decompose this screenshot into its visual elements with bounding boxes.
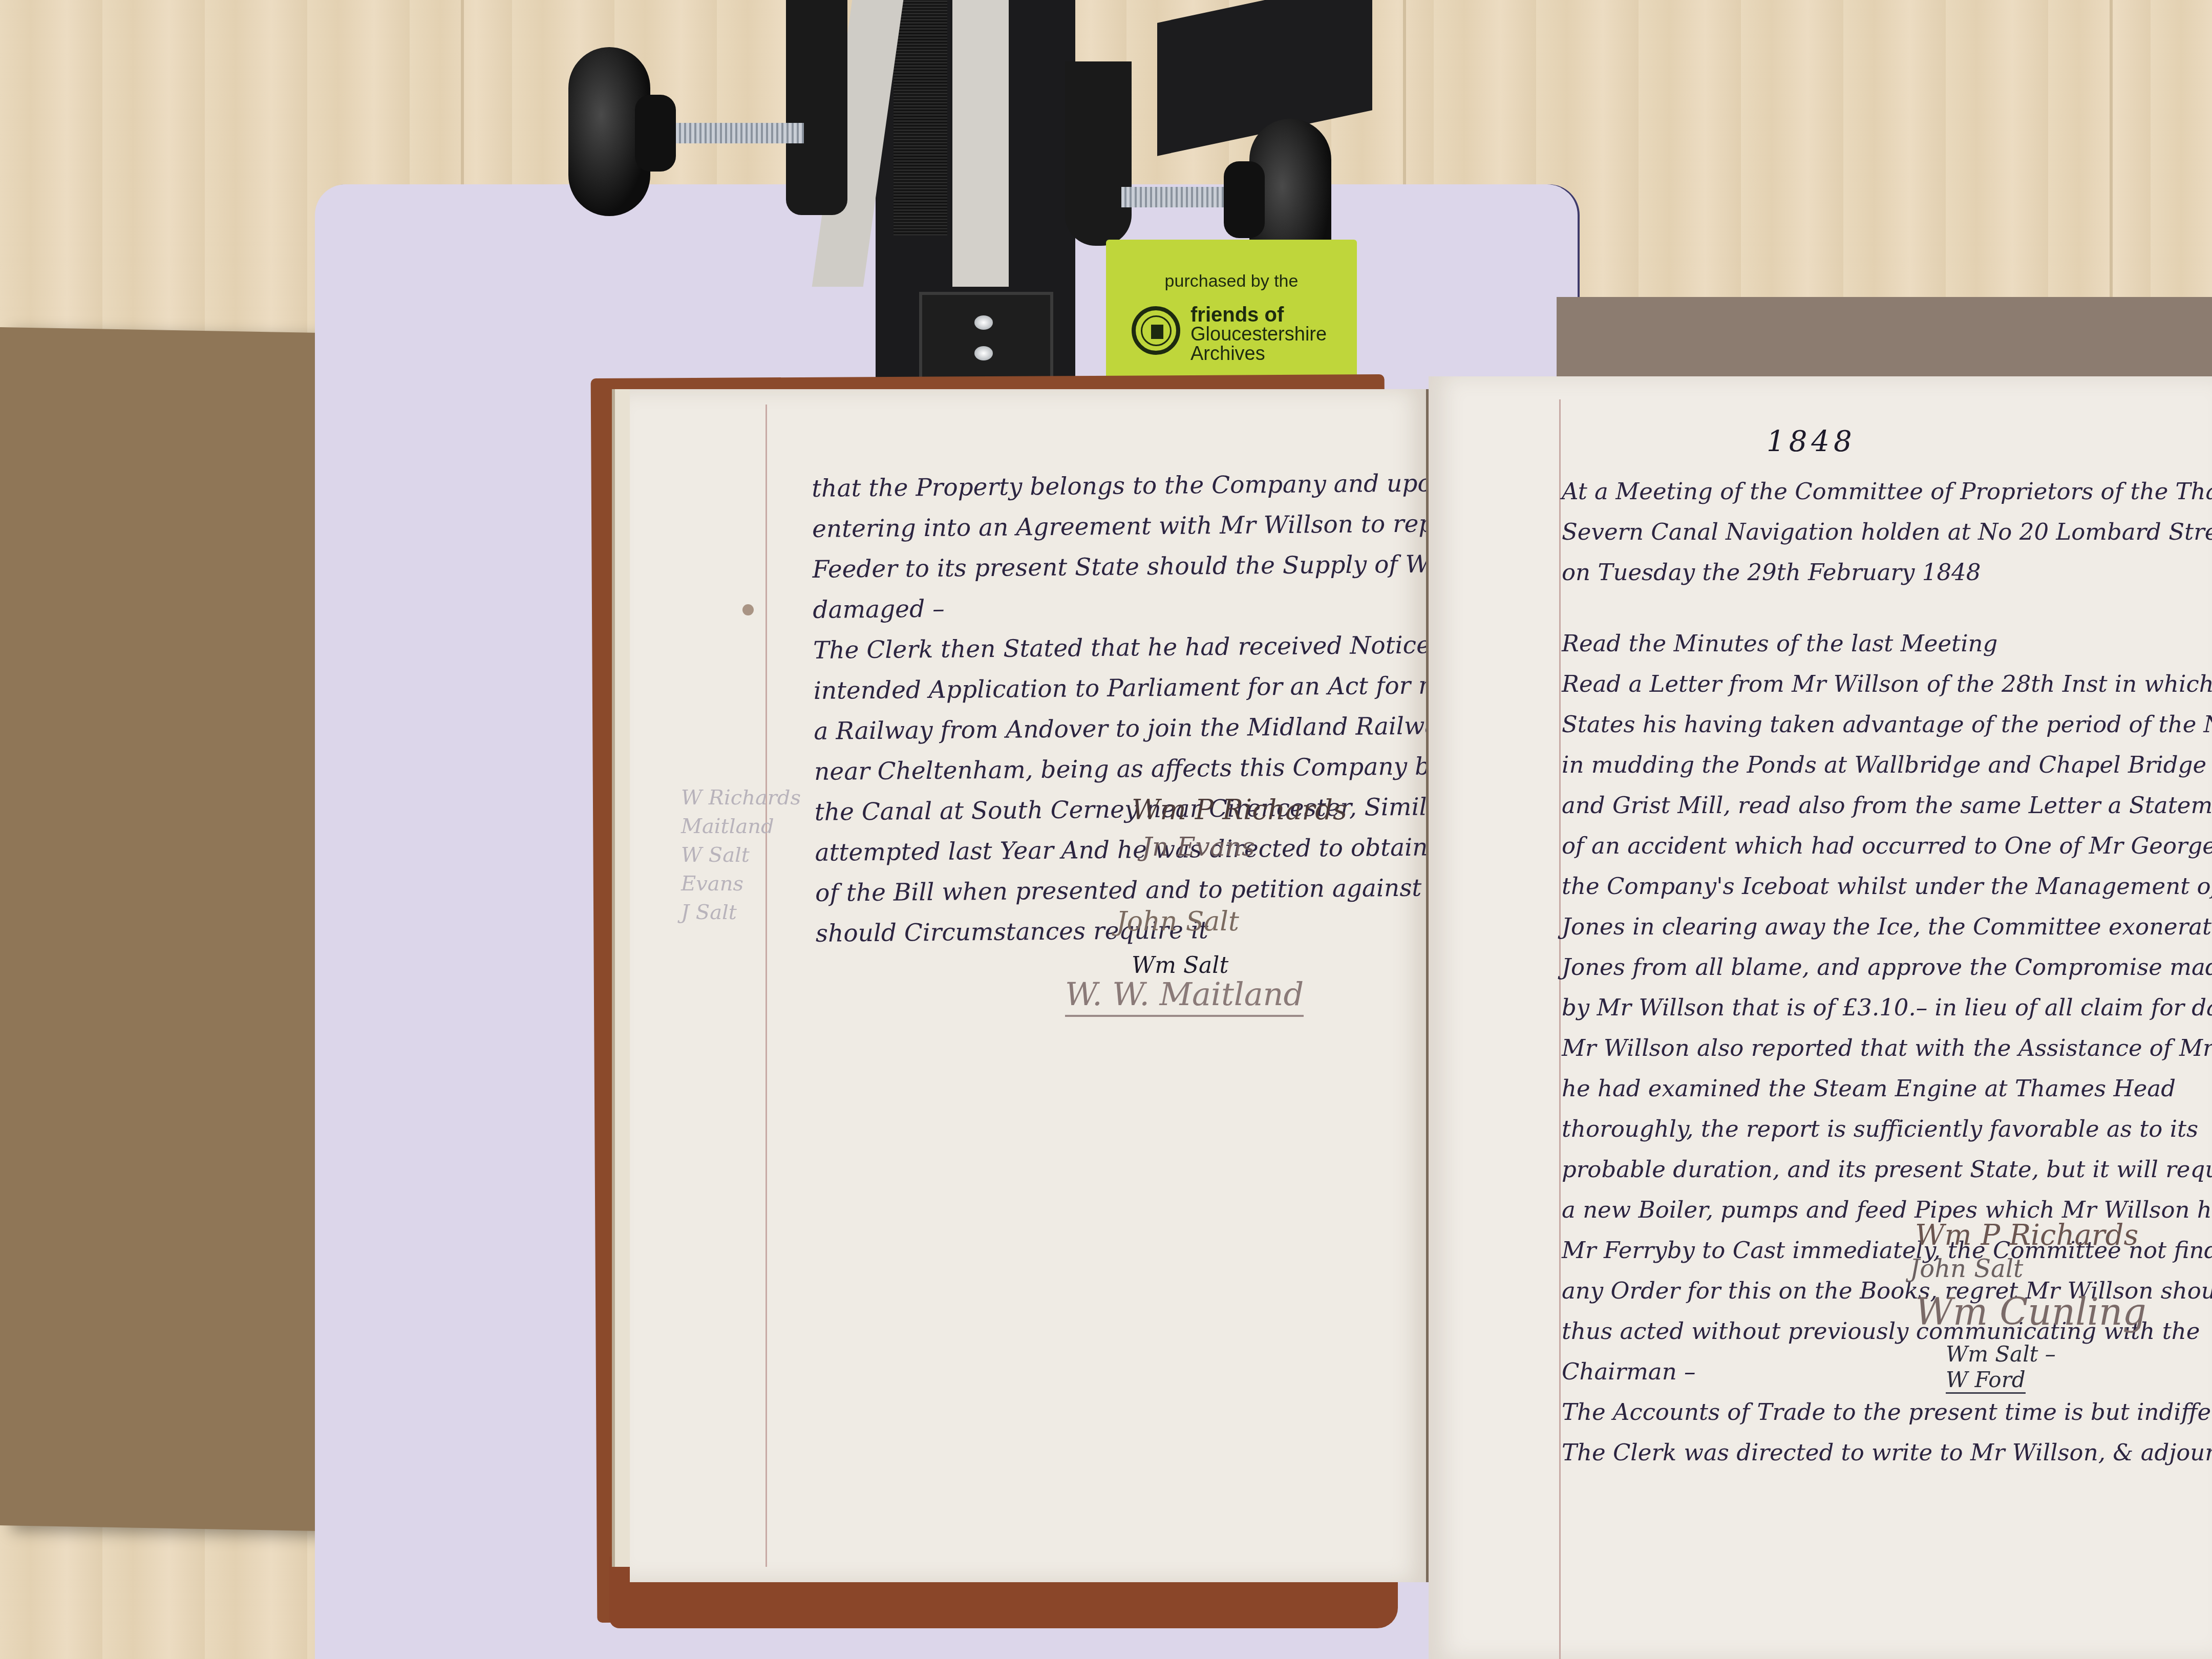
manuscript-line: At a Meeting of the Committee of Proprie… xyxy=(1562,471,2212,512)
manuscript-line: of an accident which had occurred to One… xyxy=(1562,825,2212,866)
castle-seal-icon xyxy=(1132,306,1180,355)
castle-tower-icon xyxy=(1151,325,1163,339)
manuscript-line: thoroughly, the report is sufficiently f… xyxy=(1562,1109,2212,1149)
manuscript-line: he had examined the Steam Engine at Tham… xyxy=(1562,1068,2212,1109)
manuscript-line: in mudding the Ponds at Wallbridge and C… xyxy=(1562,745,2212,785)
manuscript-line: Chairman – xyxy=(1562,1351,2212,1392)
manuscript-line: Jones in clearing away the Ice, the Comm… xyxy=(1562,906,2212,947)
signature: Jn Evans xyxy=(1142,832,1255,862)
base-bracket xyxy=(919,292,1053,390)
knob-collar xyxy=(1224,161,1265,238)
manuscript-line: the Company's Iceboat whilst under the M… xyxy=(1562,866,2212,906)
year-heading: 1848 xyxy=(1767,425,1856,458)
signature: Wm P Richards xyxy=(1915,1219,2138,1252)
screw-icon xyxy=(974,315,993,330)
margin-rule xyxy=(765,405,767,1567)
friends-of-archives-label: purchased by the friends of Gloucestersh… xyxy=(1106,240,1357,383)
manuscript-line: probable duration, and its present State… xyxy=(1562,1149,2212,1189)
manuscript-line: Jones from all blame, and approve the Co… xyxy=(1562,947,2212,987)
manuscript-line: Severn Canal Navigation holden at No 20 … xyxy=(1562,512,2212,552)
margin-rule xyxy=(1559,399,1561,1659)
clamp-block-left xyxy=(786,0,847,215)
signature: John Salt xyxy=(1116,906,1239,937)
manuscript-line: The Clerk was directed to write to Mr Wi… xyxy=(1562,1432,2212,1473)
label-org-name: friends of Gloucestershire Archives xyxy=(1190,305,1327,364)
manuscript-line: Mr Willson also reported that with the A… xyxy=(1562,1028,2212,1068)
signature: Wm P Richards xyxy=(1132,794,1347,826)
label-line-purchased: purchased by the xyxy=(1106,271,1357,291)
signature: Wm Cunling xyxy=(1915,1290,2146,1333)
manuscript-line: Read the Minutes of the last Meeting xyxy=(1562,623,2212,664)
manuscript-line: on Tuesday the 29th February 1848 xyxy=(1562,552,2212,592)
faint-margin-notes: W Richards Maitland W Salt Evans J Salt xyxy=(681,783,801,927)
signature: John Salt xyxy=(1910,1254,2023,1283)
manuscript-line: by Mr Willson that is of £3.10.– in lieu… xyxy=(1562,987,2212,1028)
signature: W. W. Maitland xyxy=(1065,975,1304,1017)
threaded-rod-left xyxy=(671,123,804,143)
signature: W Ford xyxy=(1946,1367,2026,1394)
stain-mark xyxy=(742,604,754,615)
manuscript-line: Read a Letter from Mr Willson of the 28t… xyxy=(1562,664,2212,704)
cardboard-sheet xyxy=(0,327,348,1532)
knob-collar xyxy=(635,95,676,172)
rack-gear xyxy=(894,0,947,236)
clamp-block-right xyxy=(1065,61,1132,246)
signature: Wm Salt – xyxy=(1946,1342,2056,1367)
stand-rail xyxy=(952,0,1009,287)
manuscript-line: and Grist Mill, read also from the same … xyxy=(1562,785,2212,825)
screw-icon xyxy=(974,346,993,360)
manuscript-line: States his having taken advantage of the… xyxy=(1562,704,2212,745)
signature: Wm Salt xyxy=(1132,952,1228,979)
manuscript-line: The Accounts of Trade to the present tim… xyxy=(1562,1392,2212,1432)
